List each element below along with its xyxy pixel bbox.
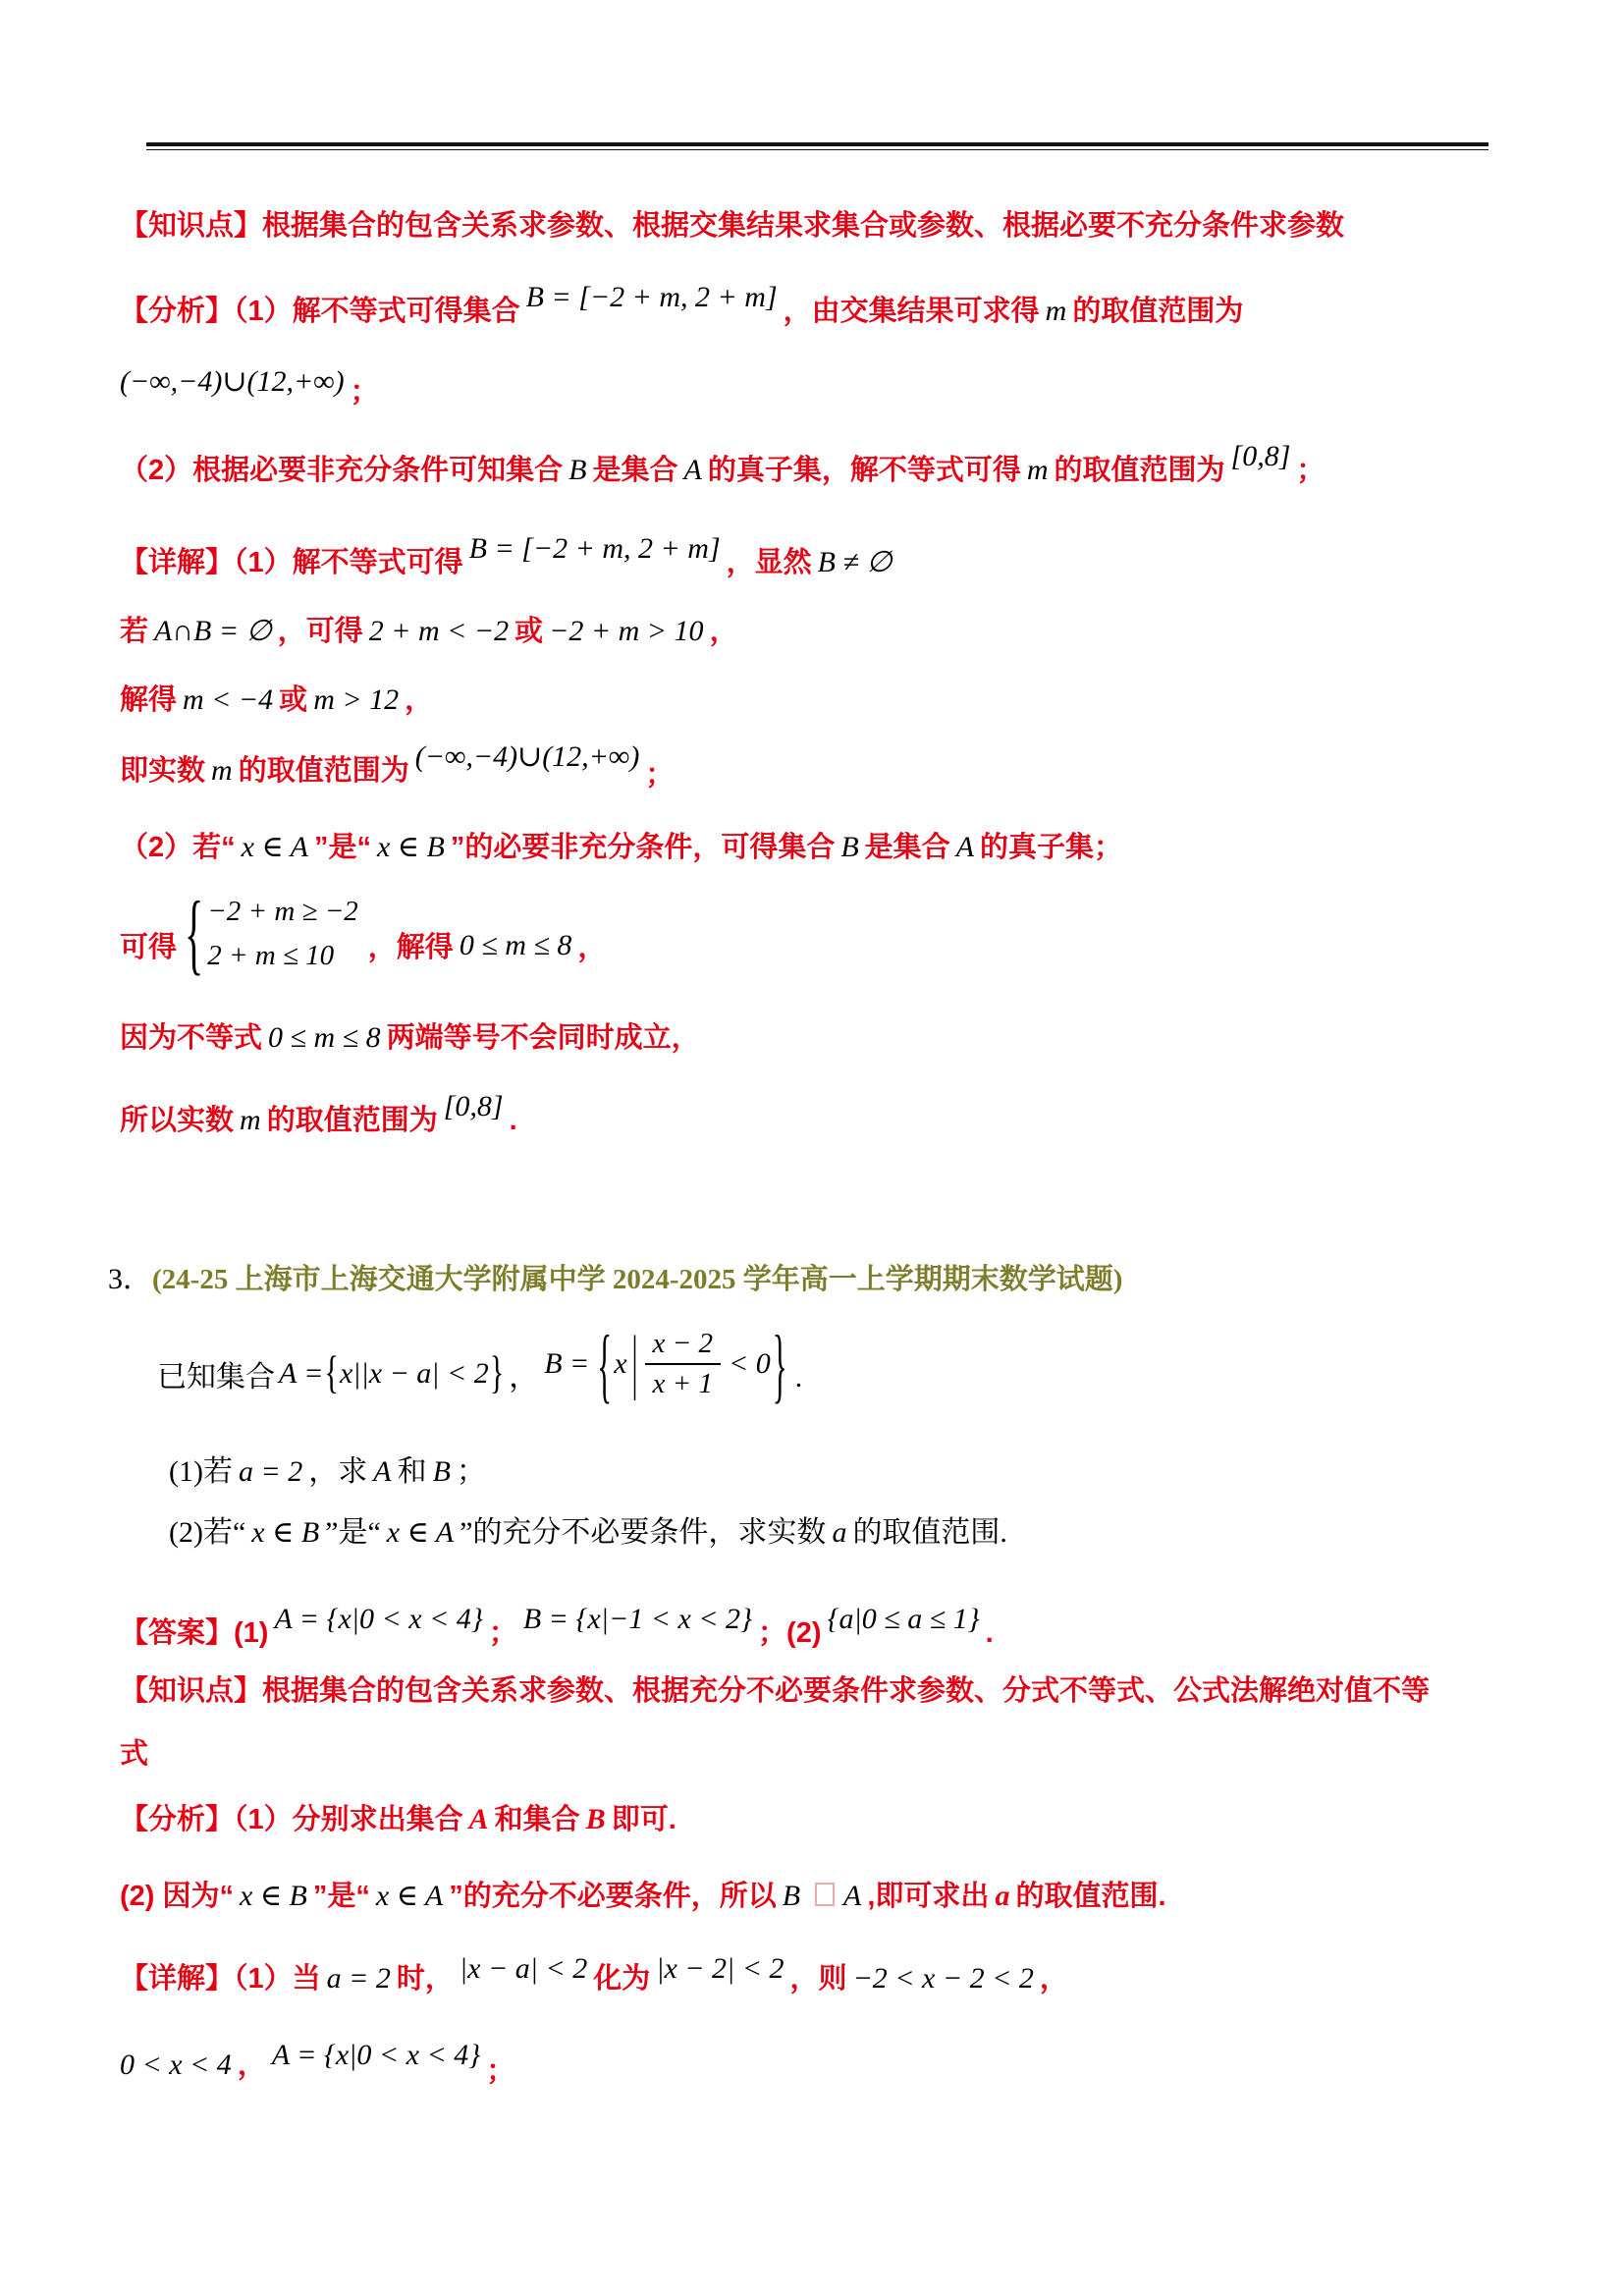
math-run: a = 2	[239, 1455, 302, 1488]
text-run: 【详解】（1）解不等式可得	[120, 547, 463, 578]
math-run: [0,8]	[444, 1090, 504, 1122]
left-brace-glyph: {	[185, 882, 203, 986]
text-run: 两端等号不会同时成立，	[387, 1022, 700, 1054]
q2-analysis-line1: 【分析】（1）解不等式可得集合B = [−2 + m, 2 + m]，由交集结果…	[120, 295, 1243, 329]
punct-run: ；	[645, 759, 674, 791]
punct-run: ，	[509, 1361, 538, 1395]
punct-run: ，	[238, 2050, 266, 2081]
math-run: a	[995, 1880, 1009, 1912]
q2-analysis-line3: （2）根据必要非充分条件可知集合B是集合A的真子集，解不等式可得m的取值范围为[…	[120, 454, 1325, 488]
math-run: x ∈ A	[387, 1516, 454, 1549]
text-run: ”是“	[325, 1516, 381, 1549]
math-run: 2 + m ≤ 10	[207, 940, 358, 972]
punct-run: ；	[486, 2055, 514, 2087]
text-run: （2）根据必要非充分条件可知集合	[120, 455, 563, 486]
knowledge-text: 【知识点】根据集合的包含关系求参数、根据充分不必要条件求参数、分式不等式、公式法…	[120, 1675, 1430, 1707]
q2-analysis-line2: (−∞,−4)∪(12,+∞)；	[120, 365, 379, 400]
punct-run: ；	[489, 1617, 517, 1649]
text-run: ”的必要非充分条件，可得集合	[451, 832, 836, 863]
answer-label: 【答案】(1)	[120, 1617, 268, 1649]
math-run: x ∈ A	[242, 831, 308, 863]
text-run: 和	[398, 1455, 427, 1488]
left-brace-glyph: {	[597, 1316, 612, 1412]
math-run: B =	[544, 1347, 589, 1382]
math-run: B	[433, 1455, 451, 1488]
exam-source: (24-25 上海市上海交通大学附属中学 2024-2025 学年高一上学期期末…	[152, 1264, 1122, 1295]
q2-detail-line2: 若A∩B = ∅，可得2 + m < −2或−2 + m > 10，	[120, 615, 738, 649]
text-run: 的取值范围.	[852, 1516, 1007, 1549]
math-run: 0 ≤ m ≤ 8	[460, 929, 572, 963]
q2-detail-line1: 【详解】（1）解不等式可得B = [−2 + m, 2 + m]，显然B ≠ ∅	[120, 546, 898, 580]
text-run: 的取值范围为	[1072, 296, 1243, 327]
q3-part1: (1)若a = 2，求A和B；	[169, 1455, 486, 1490]
punct-run: ；	[1296, 455, 1325, 486]
text-run: 解得	[120, 684, 177, 716]
q2-detail-line5: （2）若“x ∈ A”是“x ∈ B”的必要非充分条件，可得集合B是集合A的真子…	[120, 831, 1122, 865]
punct-run: ，	[405, 684, 433, 716]
punct-run: ；	[457, 1455, 486, 1488]
punct-run: ，	[1040, 1963, 1068, 1995]
math-run: A = {x|0 < x < 4}	[272, 2039, 480, 2071]
math-run: (−∞,−4)∪(12,+∞)	[120, 365, 345, 398]
knowledge-text: 式	[120, 1738, 148, 1770]
text-run: (2)若“	[169, 1516, 245, 1549]
text-run: 的取值范围为	[1055, 455, 1225, 486]
math-run: 2 + m < −2	[369, 615, 509, 647]
set-b-formula: B = { x | x − 2 x + 1 < 0 }	[544, 1328, 788, 1401]
math-run: 0 < x < 4	[120, 2049, 232, 2081]
text-run: ”是“	[313, 1881, 370, 1912]
math-run: −2 + m > 10	[549, 615, 703, 647]
math-run: B = {x|−1 < x < 2}	[523, 1603, 752, 1635]
math-run: a = 2	[327, 1962, 391, 1995]
punct-run: .	[795, 1361, 803, 1395]
text-run: ，则	[790, 1963, 847, 1995]
punct-run: ，	[710, 616, 738, 647]
text-run: ”的充分不必要条件，所以	[449, 1881, 777, 1912]
text-run: （2）若“	[120, 832, 236, 863]
text-run: 的真子集，解不等式可得	[708, 455, 1021, 486]
text-run: ，显然	[727, 547, 812, 578]
system-rows: −2 + m ≥ −2 2 + m ≤ 10	[207, 896, 358, 973]
q3-header: 3．(24-25 上海市上海交通大学附属中学 2024-2025 学年高一上学期…	[108, 1263, 1122, 1297]
math-run: A	[469, 1803, 489, 1835]
math-run: < 0	[729, 1347, 771, 1382]
text-run: 和集合	[495, 1804, 580, 1835]
q3-analysis-line2: (2) 因为“x ∈ B”是“x ∈ A”的充分不必要条件，所以BA,即可求出a…	[120, 1880, 1166, 1914]
fraction: x − 2 x + 1	[645, 1328, 721, 1401]
math-run: x	[614, 1347, 626, 1382]
math-run: B	[568, 454, 586, 486]
math-run: m	[211, 754, 233, 787]
question-number: 3．	[108, 1263, 152, 1295]
text-run: 是集合	[592, 455, 677, 486]
text-run: 即可.	[612, 1804, 676, 1835]
inequality-system: { −2 + m ≥ −2 2 + m ≤ 10	[185, 896, 358, 973]
math-run: {a|0 ≤ a ≤ 1}	[828, 1603, 980, 1635]
math-run: −2 < x − 2 < 2	[853, 1962, 1034, 1995]
document-page: 【知识点】根据集合的包含关系求参数、根据交集结果求集合或参数、根据必要不充分条件…	[0, 0, 1623, 2296]
q2-detail-system-line: 可得 { −2 + m ≥ −2 2 + m ≤ 10 ，解得 0 ≤ m ≤ …	[120, 896, 606, 965]
q3-knowledge-line2: 式	[120, 1738, 148, 1771]
math-run: a	[832, 1516, 846, 1549]
math-run: B	[586, 1803, 606, 1835]
q2-detail-line7: 因为不等式0 ≤ m ≤ 8两端等号不会同时成立，	[120, 1021, 700, 1056]
math-run: A	[843, 1880, 861, 1912]
math-run: x ∈ B	[251, 1516, 319, 1549]
math-run: B = [−2 + m, 2 + m]	[469, 532, 721, 565]
math-run: B	[783, 1880, 800, 1912]
math-run: A =	[279, 1357, 324, 1392]
text-run: 或	[279, 684, 307, 716]
math-run: |x − a| < 2	[460, 1952, 587, 1985]
math-run: B = [−2 + m, 2 + m]	[526, 281, 778, 313]
math-run: A	[956, 831, 974, 863]
text-run: 的取值范围.	[1015, 1881, 1165, 1912]
math-run: [0,8]	[1231, 440, 1291, 472]
text-run: 若	[120, 616, 148, 647]
text-run: 【分析】（1）分别求出集合	[120, 1804, 463, 1835]
math-run: B ≠ ∅	[818, 546, 893, 578]
text-run: 【详解】（1）当	[120, 1963, 321, 1995]
q3-analysis-line1: 【分析】（1）分别求出集合A和集合B即可.	[120, 1803, 676, 1837]
fraction-denominator: x + 1	[653, 1365, 713, 1400]
math-run: A	[373, 1455, 391, 1488]
punct-run: ，	[577, 932, 606, 964]
text-run: 即实数	[120, 755, 205, 787]
q2-detail-line3: 解得m < −4或m > 12，	[120, 683, 433, 718]
text-run: 已知集合	[157, 1361, 275, 1395]
math-run: −2 + m ≥ −2	[207, 896, 358, 928]
text-run: 的取值范围为	[239, 755, 409, 787]
text-run: 时，	[397, 1963, 454, 1995]
math-run: m	[240, 1104, 261, 1136]
set-builder-bar-glyph: |	[632, 1323, 638, 1406]
math-run: m	[1046, 295, 1067, 327]
math-run: A = {x|0 < x < 4}	[274, 1603, 482, 1635]
text-run: ”的充分不必要条件，求实数	[460, 1516, 826, 1549]
q3-answer-line: 【答案】(1)A = {x|0 < x < 4}；B = {x|−1 < x <…	[120, 1616, 994, 1651]
q3-detail-line1: 【详解】（1）当a = 2时，|x − a| < 2化为|x − 2| < 2，…	[120, 1962, 1068, 1996]
q3-knowledge-line1: 【知识点】根据集合的包含关系求参数、根据充分不必要条件求参数、分式不等式、公式法…	[120, 1675, 1430, 1708]
text-run: 化为	[593, 1963, 650, 1995]
text-run: ，由交集结果可求得	[784, 296, 1040, 327]
punct-run: .	[986, 1617, 994, 1649]
q2-knowledge-points: 【知识点】根据集合的包含关系求参数、根据交集结果求集合或参数、根据必要不充分条件…	[120, 210, 1344, 243]
math-run: B	[840, 831, 858, 863]
punct-run: .	[510, 1105, 517, 1136]
math-run: x ∈ A	[376, 1880, 443, 1912]
punct-run: ；	[351, 376, 379, 408]
q3-part2: (2)若“x ∈ B”是“x ∈ A”的充分不必要条件，求实数a的取值范围.	[169, 1516, 1007, 1551]
text-run: ，解得	[368, 932, 454, 964]
q3-stem: 已知集合 A = { x||x − a| < 2 } ， B = { x | x…	[157, 1328, 802, 1395]
math-run: (−∞,−4)∪(12,+∞)	[415, 740, 640, 773]
text-run: ；(2)	[758, 1617, 821, 1649]
missing-glyph-box-icon	[815, 1883, 835, 1906]
q2-detail-line4: 即实数m的取值范围为(−∞,−4)∪(12,+∞)；	[120, 754, 674, 789]
text-run: 的取值范围为	[267, 1105, 438, 1136]
math-run: x ∈ B	[240, 1880, 307, 1912]
text-run: ,即可求出	[867, 1881, 989, 1912]
right-brace-glyph: }	[490, 1348, 504, 1400]
text-run: 因为不等式	[120, 1022, 262, 1054]
math-run: x||x − a| < 2	[340, 1357, 489, 1392]
right-brace-glyph: }	[773, 1316, 787, 1412]
math-run: |x − 2| < 2	[656, 1952, 784, 1985]
knowledge-text: 【知识点】根据集合的包含关系求参数、根据交集结果求集合或参数、根据必要不充分条件…	[120, 210, 1344, 242]
text-run: (1)若	[169, 1455, 233, 1488]
left-brace-glyph: {	[325, 1348, 339, 1400]
math-run: m > 12	[313, 683, 399, 716]
math-run: m	[1027, 454, 1049, 486]
header-rule	[146, 142, 1488, 150]
text-run: 的真子集；	[980, 832, 1122, 863]
text-run: 【分析】（1）解不等式可得集合	[120, 296, 520, 327]
q3-detail-line2: 0 < x < 4，A = {x|0 < x < 4}；	[120, 2049, 514, 2083]
text-run: 或	[514, 616, 543, 647]
math-run: A	[683, 454, 701, 486]
text-run: 是集合	[865, 832, 950, 863]
text-run: ，求	[308, 1455, 367, 1488]
set-a-formula: A = { x||x − a| < 2 }	[279, 1357, 505, 1392]
text-run: ，可得	[278, 616, 363, 647]
fraction-numerator: x − 2	[645, 1328, 721, 1365]
math-run: m < −4	[183, 683, 273, 716]
math-run: A∩B = ∅	[154, 615, 272, 647]
math-run: 0 ≤ m ≤ 8	[268, 1021, 381, 1054]
text-run: (2) 因为“	[120, 1881, 234, 1912]
q2-detail-line8: 所以实数m的取值范围为[0,8].	[120, 1104, 517, 1138]
text-run: 所以实数	[120, 1105, 234, 1136]
text-run: 可得	[120, 932, 177, 964]
text-run: ”是“	[314, 832, 371, 863]
math-run: x ∈ B	[377, 831, 445, 863]
